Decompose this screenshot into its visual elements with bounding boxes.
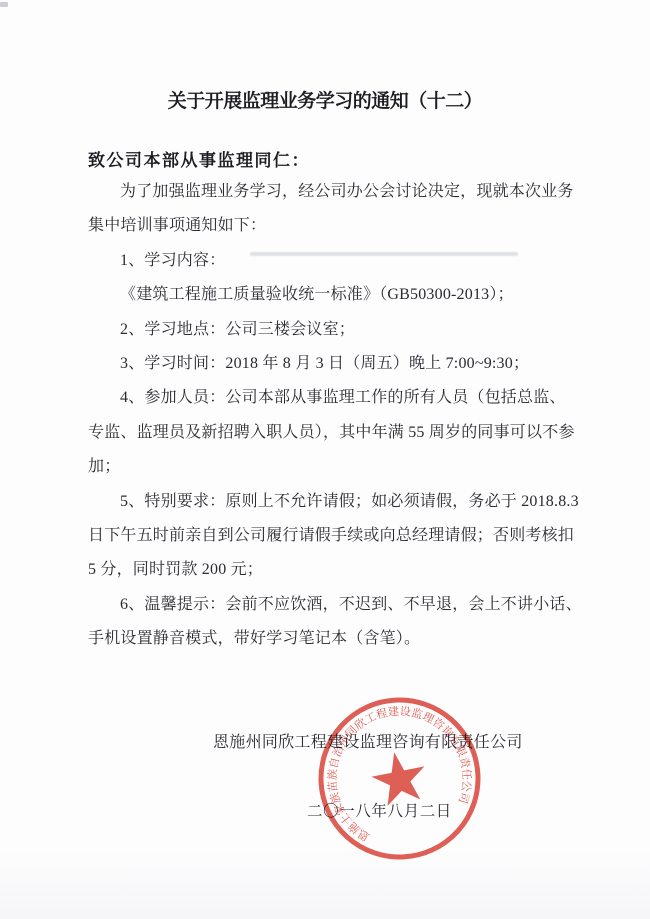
body-line: 2、学习地点：公司三楼会议室； xyxy=(88,313,564,347)
body-line: 专监、监理员及新招聘入职人员），其中年满 55 周岁的同事可以不参 xyxy=(88,416,564,450)
body-line: 6、温馨提示：会前不应饮酒，不迟到、不早退，会上不讲小话、 xyxy=(88,588,564,622)
body-line: 加； xyxy=(88,450,564,484)
body-line: 4、参加人员：公司本部从事监理工作的所有人员（包括总监、 xyxy=(88,381,564,415)
body-line: 5、特别要求：原则上不允许请假；如必须请假，务必于 2018.8.3 xyxy=(88,485,564,519)
star-icon xyxy=(368,747,431,808)
body-line: 集中培训事项通知如下： xyxy=(88,209,564,243)
body-line: 3、学习时间：2018 年 8 月 3 日（周五）晚上 7:00~9:30； xyxy=(88,347,564,381)
body-line: 1、学习内容： xyxy=(88,244,564,278)
scanned-notice-page: 关于开展监理业务学习的通知（十二） 致公司本部从事监理同仁： 为了加强监理业务学… xyxy=(0,0,650,919)
body-line: 《建筑工程施工质量验收统一标准》（GB50300-2013）； xyxy=(88,278,564,312)
body-line: 手机设置静音模式，带好学习笔记本（含笔）。 xyxy=(88,622,564,656)
notice-title: 关于开展监理业务学习的通知（十二） xyxy=(0,86,650,113)
body-line: 日下午五时前亲自到公司履行请假手续或向总经理请假；否则考核扣 xyxy=(88,519,564,553)
company-seal-stamp: 恩施土家族苗族自治州同欣工程建设监理咨询有限责任公司 xyxy=(312,691,488,867)
notice-body: 为了加强监理业务学习，经公司办公会讨论决定，现就本次业务 集中培训事项通知如下：… xyxy=(88,175,564,656)
body-line: 为了加强监理业务学习，经公司办公会讨论决定，现就本次业务 xyxy=(88,175,564,209)
scan-artifact xyxy=(0,2,8,7)
body-line: 5 分，同时罚款 200 元； xyxy=(88,553,564,587)
salutation-line: 致公司本部从事监理同仁： xyxy=(88,146,310,171)
